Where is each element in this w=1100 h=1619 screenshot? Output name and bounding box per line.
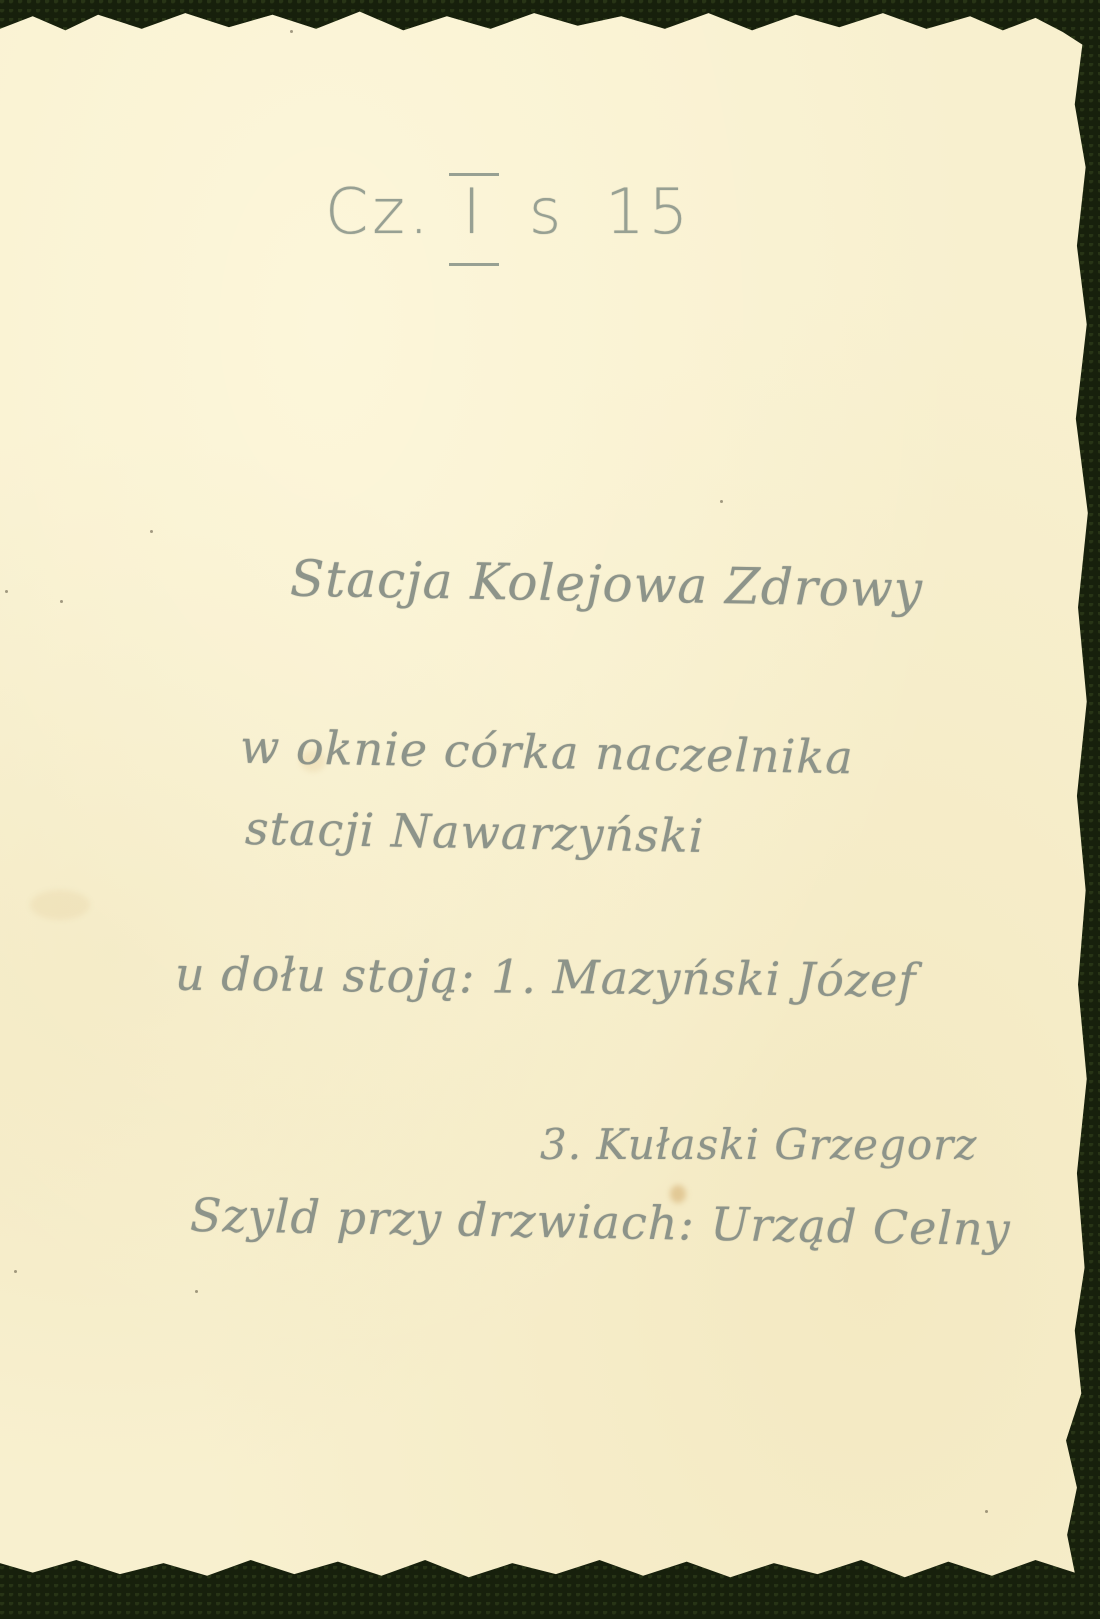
inscription-line: 3. Kułaski Grzegorz	[540, 1120, 977, 1169]
foxing-stain	[30, 890, 90, 920]
paper-speck	[290, 30, 293, 33]
archive-reference: Cz.Is15	[325, 175, 692, 248]
paper-speck	[720, 500, 723, 503]
part-number: I	[449, 175, 499, 248]
inscription-title: Stacja Kolejowa Zdrowy	[290, 549, 924, 618]
page-label: s	[529, 175, 565, 248]
page-number: 15	[605, 175, 692, 248]
paper-speck	[5, 590, 8, 593]
paper-speck	[195, 1290, 198, 1293]
inscription-line: stacji Nawarzyński	[245, 801, 705, 863]
inscription-line: u dołu stoją: 1. Mazyński Józef	[175, 947, 917, 1007]
paper-speck	[985, 1510, 988, 1513]
part-label: Cz.	[325, 175, 433, 248]
paper-speck	[14, 1270, 17, 1273]
paper-speck	[60, 600, 63, 603]
inscription-line: w oknie córka naczelnika	[240, 720, 855, 785]
paper-speck	[150, 530, 153, 533]
